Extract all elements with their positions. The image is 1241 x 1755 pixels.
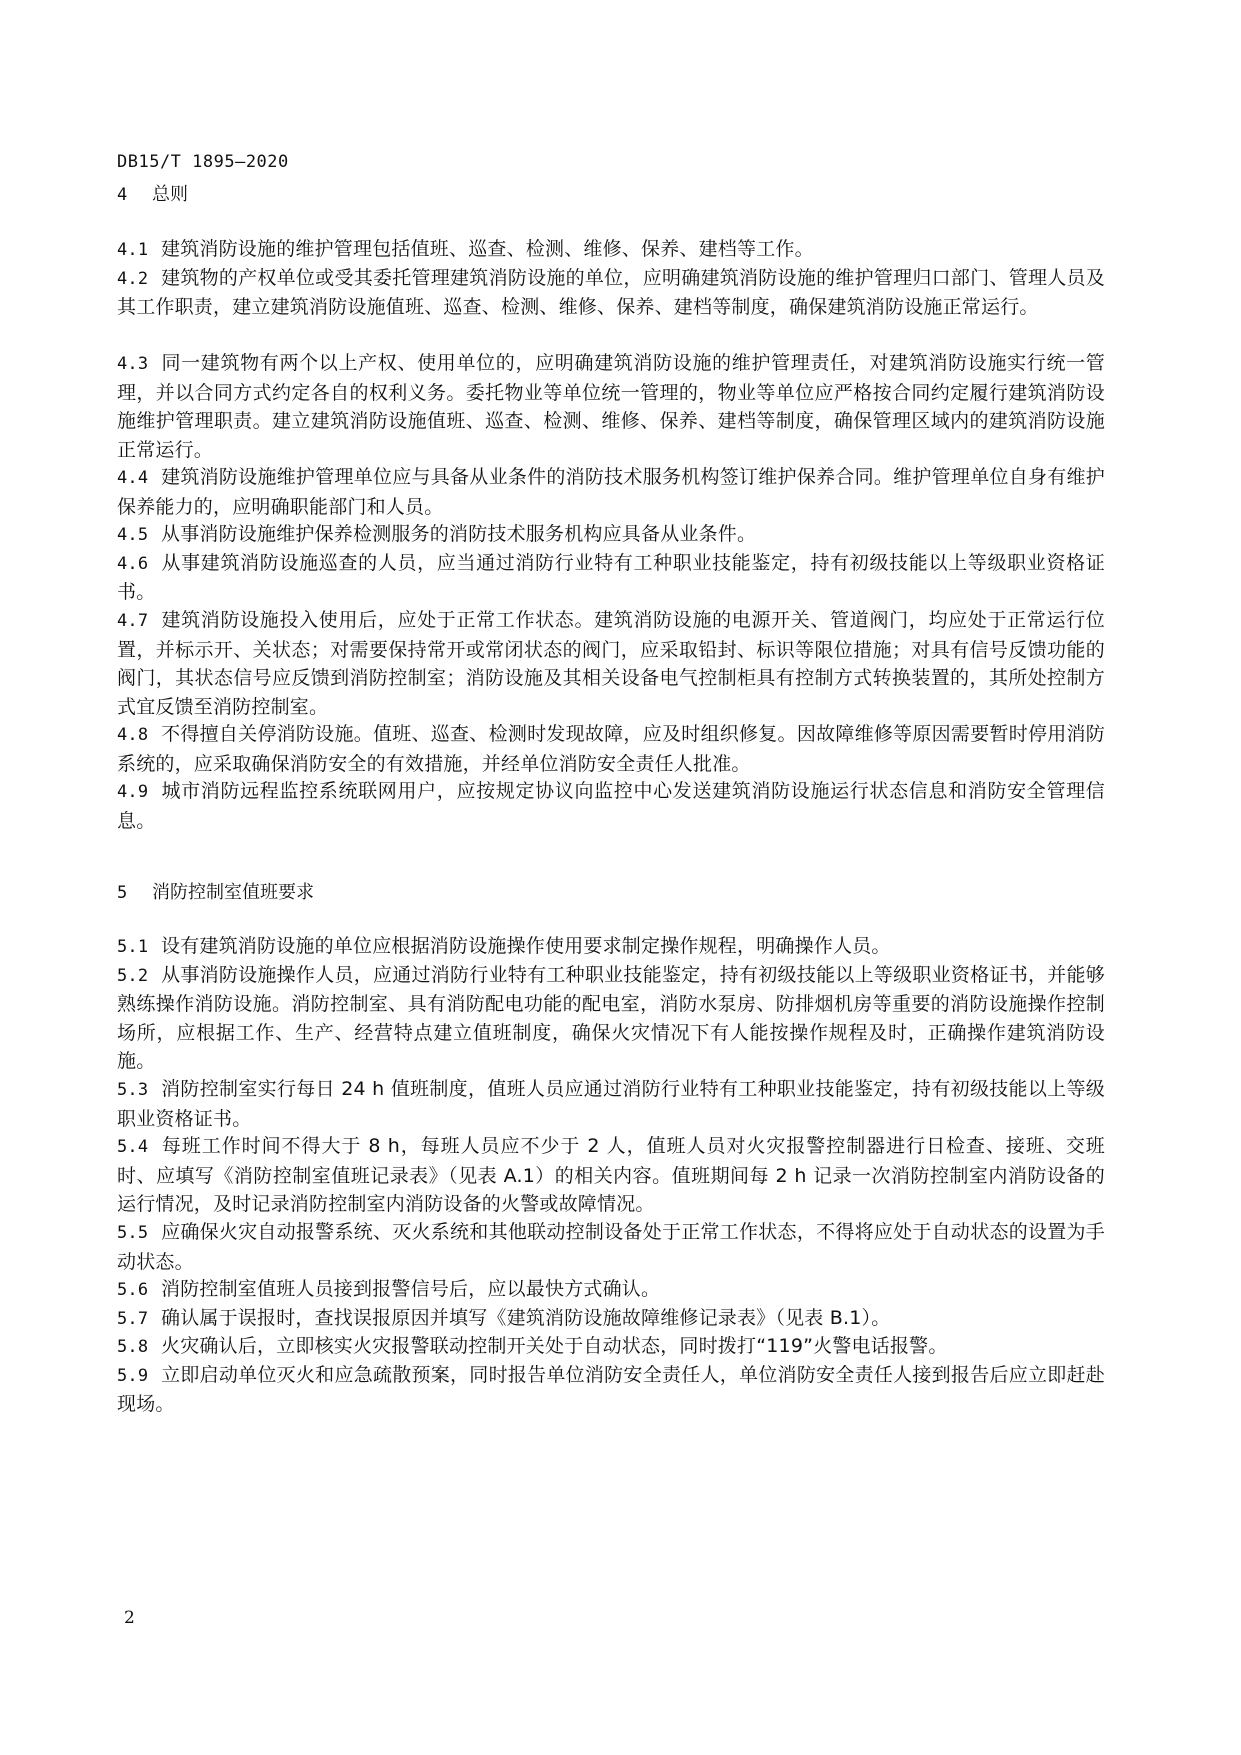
clause-number: 5.5 <box>117 1219 161 1248</box>
clause-4-6: 4.6从事建筑消防设施巡查的人员，应当通过消防行业特有工种职业技能鉴定，持有初级… <box>117 549 1105 607</box>
clause-5-1: 5.1设有建筑消防设施的单位应根据消防设施操作使用要求制定操作规程，明确操作人员… <box>117 932 1105 962</box>
clause-4-8: 4.8不得擅自关停消防设施。值班、巡查、检测时发现故障，应及时组织修复。因故障维… <box>117 720 1105 778</box>
clause-5-2: 5.2从事消防设施操作人员，应通过消防行业特有工种职业技能鉴定，持有初级技能以上… <box>117 961 1105 1076</box>
clause-number: 4.1 <box>117 236 161 265</box>
clause-4-5: 4.5从事消防设施维护保养检测服务的消防技术服务机构应具备从业条件。 <box>117 520 1105 550</box>
clause-number: 4.3 <box>117 350 161 379</box>
section-title: 消防控制室值班要求 <box>152 882 314 903</box>
clause-text: 消防控制室值班人员接到报警信号后，应以最快方式确认。 <box>161 1278 660 1300</box>
clause-number: 5.4 <box>117 1133 161 1162</box>
section-number: 4 <box>117 185 152 205</box>
clause-number: 4.4 <box>117 464 161 493</box>
section-heading-5: 5消防控制室值班要求 <box>117 878 314 904</box>
clause-5-5: 5.5应确保火灾自动报警系统、灭火系统和其他联动控制设备处于正常工作状态，不得将… <box>117 1218 1105 1276</box>
clause-number: 5.2 <box>117 962 161 991</box>
clause-5-8: 5.8火灾确认后，立即核实火灾报警联动控制开关处于自动状态，同时拨打“119”火… <box>117 1332 1105 1362</box>
clause-number: 5.1 <box>117 933 161 962</box>
clause-text: 建筑物的产权单位或受其委托管理建筑消防设施的单位，应明确建筑消防设施的维护管理归… <box>117 267 1105 319</box>
clause-5-7: 5.7确认属于误报时，查找误报原因并填写《建筑消防设施故障维修记录表》（见表 B… <box>117 1304 1105 1334</box>
clause-text: 城市消防远程监控系统联网用户，应按规定协议向监控中心发送建筑消防设施运行状态信息… <box>117 780 1105 832</box>
clause-text: 消防控制室实行每日 24 h 值班制度，值班人员应通过消防行业特有工种职业技能鉴… <box>117 1078 1105 1130</box>
clause-5-3: 5.3消防控制室实行每日 24 h 值班制度，值班人员应通过消防行业特有工种职业… <box>117 1075 1105 1133</box>
clause-text: 建筑消防设施维护管理单位应与具备从业条件的消防技术服务机构签订维护保养合同。维护… <box>117 466 1105 518</box>
clause-4-9: 4.9城市消防远程监控系统联网用户，应按规定协议向监控中心发送建筑消防设施运行状… <box>117 777 1105 835</box>
clause-text: 立即启动单位灭火和应急疏散预案，同时报告单位消防安全责任人，单位消防安全责任人接… <box>117 1364 1105 1416</box>
clause-number: 5.7 <box>117 1305 161 1334</box>
clause-text: 从事消防设施维护保养检测服务的消防技术服务机构应具备从业条件。 <box>161 523 756 545</box>
document-page: DB15/T 1895—2020 4总则 4.1建筑消防设施的维护管理包括值班、… <box>0 0 1241 1755</box>
clause-4-1: 4.1建筑消防设施的维护管理包括值班、巡查、检测、维修、保养、建档等工作。 <box>117 235 1105 265</box>
clause-number: 4.9 <box>117 778 161 807</box>
section-number: 5 <box>117 883 152 903</box>
clause-number: 4.6 <box>117 550 161 579</box>
clause-5-4: 5.4每班工作时间不得大于 8 h，每班人员应不少于 2 人，值班人员对火灾报警… <box>117 1132 1105 1219</box>
clause-4-7: 4.7建筑消防设施投入使用后，应处于正常工作状态。建筑消防设施的电源开关、管道阀… <box>117 606 1105 721</box>
clause-number: 4.2 <box>117 265 161 294</box>
clause-number: 4.7 <box>117 607 161 636</box>
clause-number: 4.5 <box>117 521 161 550</box>
clause-number: 5.9 <box>117 1362 161 1391</box>
clause-number: 5.6 <box>117 1276 161 1305</box>
clause-text: 同一建筑物有两个以上产权、使用单位的，应明确建筑消防设施的维护管理责任，对建筑消… <box>117 352 1105 461</box>
clause-text: 设有建筑消防设施的单位应根据消防设施操作使用要求制定操作规程，明确操作人员。 <box>161 935 891 957</box>
clause-text: 建筑消防设施的维护管理包括值班、巡查、检测、维修、保养、建档等工作。 <box>161 238 814 260</box>
page-number: 2 <box>124 1608 135 1628</box>
section-title: 总则 <box>152 184 188 205</box>
clause-5-9: 5.9立即启动单位灭火和应急疏散预案，同时报告单位消防安全责任人，单位消防安全责… <box>117 1361 1105 1419</box>
clause-text: 从事消防设施操作人员，应通过消防行业特有工种职业技能鉴定，持有初级技能以上等级职… <box>117 964 1105 1073</box>
clause-4-3: 4.3同一建筑物有两个以上产权、使用单位的，应明确建筑消防设施的维护管理责任，对… <box>117 349 1105 464</box>
clause-text: 确认属于误报时，查找误报原因并填写《建筑消防设施故障维修记录表》（见表 B.1）… <box>161 1307 890 1329</box>
clause-text: 建筑消防设施投入使用后，应处于正常工作状态。建筑消防设施的电源开关、管道阀门，均… <box>117 609 1105 718</box>
clause-text: 从事建筑消防设施巡查的人员，应当通过消防行业特有工种职业技能鉴定，持有初级技能以… <box>117 552 1105 604</box>
clause-4-2: 4.2建筑物的产权单位或受其委托管理建筑消防设施的单位，应明确建筑消防设施的维护… <box>117 264 1105 322</box>
clause-text: 每班工作时间不得大于 8 h，每班人员应不少于 2 人，值班人员对火灾报警控制器… <box>117 1135 1105 1215</box>
clause-number: 5.3 <box>117 1076 161 1105</box>
clause-number: 4.8 <box>117 721 161 750</box>
clause-4-4: 4.4建筑消防设施维护管理单位应与具备从业条件的消防技术服务机构签订维护保养合同… <box>117 463 1105 521</box>
clause-5-6: 5.6消防控制室值班人员接到报警信号后，应以最快方式确认。 <box>117 1275 1105 1305</box>
clause-text: 不得擅自关停消防设施。值班、巡查、检测时发现故障，应及时组织修复。因故障维修等原… <box>117 723 1105 775</box>
clause-text: 应确保火灾自动报警系统、灭火系统和其他联动控制设备处于正常工作状态，不得将应处于… <box>117 1221 1105 1273</box>
document-code: DB15/T 1895—2020 <box>117 152 289 172</box>
clause-number: 5.8 <box>117 1333 161 1362</box>
section-heading-4: 4总则 <box>117 180 188 206</box>
clause-text: 火灾确认后，立即核实火灾报警联动控制开关处于自动状态，同时拨打“119”火警电话… <box>161 1335 948 1357</box>
